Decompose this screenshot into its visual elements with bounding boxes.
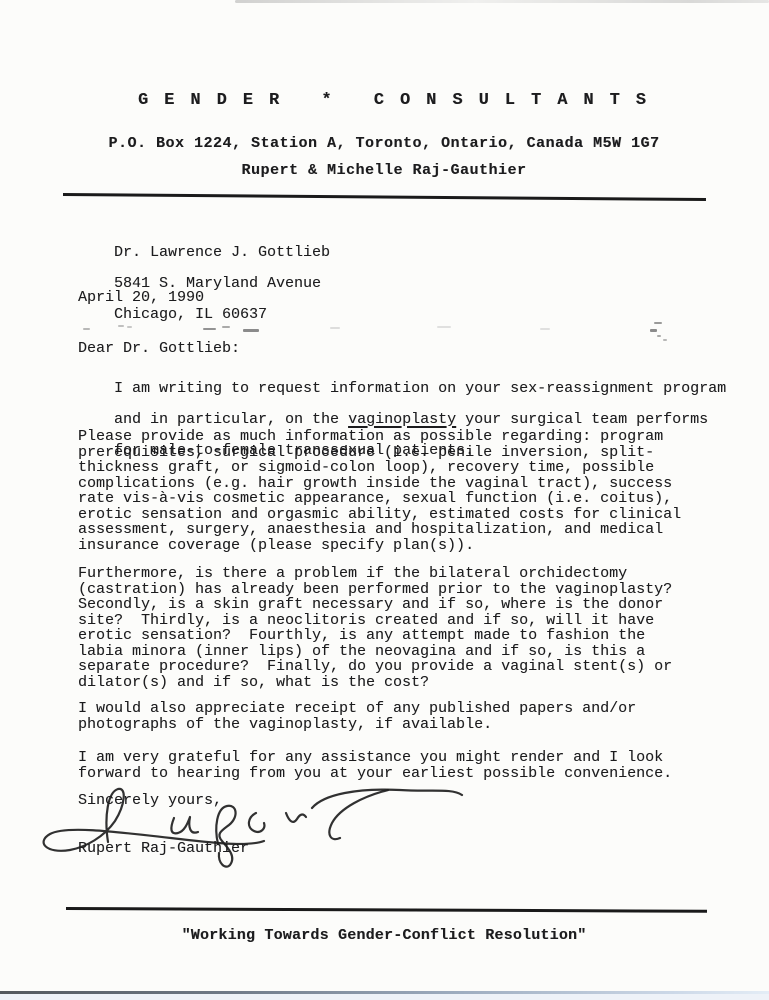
letterhead-divider-rule xyxy=(63,193,706,201)
paragraph-3: Furthermore, is there a problem if the b… xyxy=(78,566,672,690)
recipient-name: Dr. Lawrence J. Gottlieb xyxy=(114,244,330,261)
paragraph-2: Please provide as much information as po… xyxy=(78,429,681,553)
paragraph-1-line-2-post: your surgical team performs xyxy=(456,411,708,428)
letterhead-org-name: GENDER * CONSULTANTS xyxy=(8,91,769,110)
letterhead-consultants-line: Rupert & Michelle Raj-Gauthier xyxy=(8,162,760,179)
footer-divider-rule xyxy=(66,907,707,913)
paragraph-4: I would also appreciate receipt of any p… xyxy=(78,701,636,732)
paragraph-5: I am very grateful for any assistance yo… xyxy=(78,750,672,781)
handwritten-signature xyxy=(28,780,478,876)
underlined-term-vaginoplasty: vaginoplasty xyxy=(348,411,456,428)
salutation: Dear Dr. Gottlieb: xyxy=(78,341,240,357)
paragraph-1-line-2-pre: and in particular, on the xyxy=(114,411,348,428)
footer-motto: "Working Towards Gender-Conflict Resolut… xyxy=(8,927,760,944)
scanned-letter-page: GENDER * CONSULTANTS P.O. Box 1224, Stat… xyxy=(0,0,769,1000)
scan-artifact-bottom-margin xyxy=(0,994,769,1000)
recipient-address-block: Dr. Lawrence J. Gottlieb 5841 S. Marylan… xyxy=(78,229,330,338)
letterhead-po-box-line: P.O. Box 1224, Station A, Toronto, Ontar… xyxy=(8,135,760,152)
scan-artifact-top-edge xyxy=(235,0,769,3)
letter-date: April 20, 1990 xyxy=(78,290,204,306)
paragraph-1-line-1: I am writing to request information on y… xyxy=(114,380,726,397)
recipient-city: Chicago, IL 60637 xyxy=(114,306,267,323)
